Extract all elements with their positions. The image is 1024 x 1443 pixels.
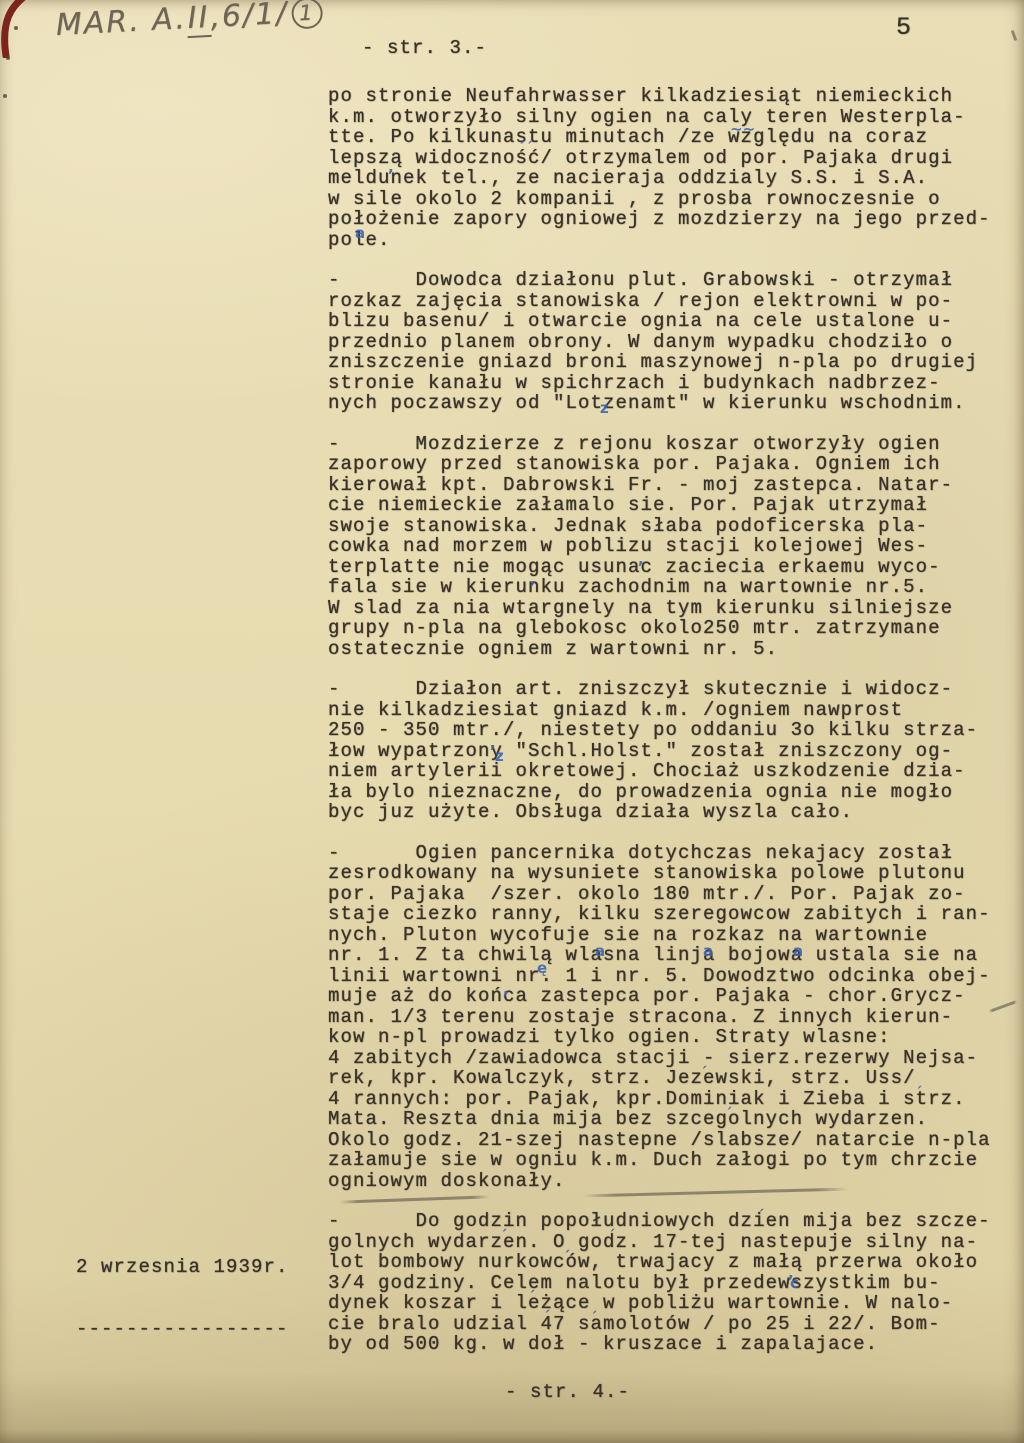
text-line: niem artylerii okretowej. Chociaż uszkod…	[328, 761, 1020, 782]
text-line: przednio planem obrony. W danym wypadku …	[328, 332, 1020, 353]
blue-ink-correction: ´	[543, 1310, 551, 1325]
paragraph: - Mozdzierze z rejonu koszar otworzyły o…	[328, 434, 1020, 660]
scan-speck	[6, 56, 10, 60]
text-line: cie niemieckie załamalo sie. Por. Pajak …	[328, 495, 1020, 516]
blue-ink-correction: ,	[530, 572, 536, 587]
blue-ink-correction: ´	[563, 1250, 571, 1265]
text-line: fala sie w kierunku zachodnim na wartown…	[328, 577, 1020, 598]
paragraph: - Do godzin popołudniowych dzien mija be…	[328, 1211, 1020, 1355]
blue-ink-correction: a	[703, 944, 713, 959]
blue-ink-correction: c	[790, 1276, 799, 1291]
text-line: golnych wydarzen. O godz. 17-tej nastepu…	[328, 1232, 1020, 1253]
blue-ink-correction: ´	[757, 1209, 765, 1224]
text-line: zesrodkowany na wysuniete stanowiska pol…	[328, 863, 1020, 884]
scan-speck	[14, 26, 18, 30]
text-line: rozkaz zajęcia stanowiska / rejon elektr…	[328, 291, 1020, 312]
text-line: położenie zapory ogniowej z mozdzierzy n…	[328, 209, 1020, 230]
text-line: lot bombowy nurkowców, trwajacy z małą p…	[328, 1252, 1020, 1273]
scan-speck	[3, 94, 7, 98]
blue-ink-correction: ,	[638, 552, 644, 567]
text-line: grupy n-pla na glebokosc okolo250 mtr. z…	[328, 618, 1020, 639]
red-pen-corner-mark	[0, 0, 46, 58]
text-line: załamuje sie w ogniu k.m. Duch załogi po…	[328, 1150, 1020, 1171]
text-line: by od 500 kg. w doł - kruszace i zapalaj…	[328, 1334, 1020, 1355]
text-line: Okolo godz. 21-szej nastepne /slabsze/ n…	[328, 1130, 1020, 1151]
archival-ref-middle: ,6/1/	[209, 0, 289, 35]
archival-ref-roman-numeral: II	[186, 0, 212, 38]
margin-date: 2 wrzesnia 1939r. -----------------	[76, 1216, 289, 1380]
text-line: man. 1/3 terenu zostaje stracona. Z inny…	[328, 1007, 1020, 1028]
blue-ink-correction: ´	[528, 1290, 536, 1305]
margin-date-underline: -----------------	[76, 1319, 289, 1340]
blue-ink-correction: ´	[725, 1107, 733, 1122]
blue-ink-correction: ´	[590, 1311, 598, 1326]
blue-ink-correction: z	[495, 749, 504, 764]
text-line: łow wypatrzony "Schl.Holst." został znis…	[328, 741, 1020, 762]
text-line: po stronie Neufahrwasser kilkadziesiąt n…	[328, 86, 1020, 107]
text-line: stronie kanału w spichrzach i budynkach …	[328, 373, 1020, 394]
paragraph: po stronie Neufahrwasser kilkadziesiąt n…	[328, 86, 1020, 250]
blue-ink-correction: ,	[503, 982, 509, 997]
blue-ink-correction: ę	[537, 961, 547, 976]
paragraph: - Dowodca działonu plut. Grabowski - otr…	[328, 270, 1020, 414]
text-line: blizu basenu/ i otwarcie ognia na cele u…	[328, 311, 1020, 332]
text-line: 250 - 350 mtr./, niestety po oddaniu 3o …	[328, 720, 1020, 741]
text-line: W slad za nia wtargnely na tym kierunku …	[328, 598, 1020, 619]
blue-ink-correction: ´	[500, 1229, 508, 1244]
page-number: 5	[896, 18, 912, 39]
blue-ink-correction: ∼∼	[730, 122, 755, 137]
footer-page-reference: - str. 4.-	[505, 1382, 630, 1403]
text-line: swoje stanowiska. Jednak słaba podoficer…	[328, 516, 1020, 537]
text-line: terplatte nie mogąc usunac zaciecia erka…	[328, 557, 1020, 578]
blue-ink-correction: a	[355, 226, 365, 241]
blue-ink-correction: ´	[700, 1066, 708, 1081]
paragraph: - Działon art. zniszczył skutecznie i wi…	[328, 679, 1020, 823]
text-line: nr. 1. Z ta chwilą wlasna linja bojowa u…	[328, 945, 1020, 966]
text-line: Mata. Reszta dnia mija bez szcegolnych w…	[328, 1109, 1020, 1130]
text-line: linii wartowni nr. 1 i nr. 5. Dowodztwo …	[328, 966, 1020, 987]
blue-ink-correction: a	[595, 944, 605, 959]
text-line: ogniowym doskonały.	[328, 1171, 1020, 1192]
text-line: muje aż do końca zastepca por. Pajaka - …	[328, 986, 1020, 1007]
text-line: 4 zabitych /zawiadowca stacji - sierz.re…	[328, 1048, 1020, 1069]
text-line: kow n-pl prowadzi tylko ogien. Straty wl…	[328, 1027, 1020, 1048]
text-line: dynek koszar i leżące w pobliżu wartowni…	[328, 1293, 1020, 1314]
text-line: zaporowy przed stanowiska por. Pajaka. O…	[328, 454, 1020, 475]
blue-ink-correction: a	[793, 944, 803, 959]
text-line: cowka nad morzem w poblizu stacji kolejo…	[328, 536, 1020, 557]
text-line: - Dowodca działonu plut. Grabowski - otr…	[328, 270, 1020, 291]
text-line: w sile okolo 2 kompanii , z prosba rowno…	[328, 189, 1020, 210]
text-line: staje ciezko ranny, kilku szeregowcow za…	[328, 904, 1020, 925]
text-line: 3/4 godziny. Celem nalotu był przedewszy…	[328, 1273, 1020, 1294]
blue-ink-correction: ,	[388, 160, 394, 175]
text-line: ła bylo nieznaczne, do prowadzenia ognia…	[328, 782, 1020, 803]
blue-ink-correction: ´´	[518, 141, 533, 156]
text-line: - Działon art. zniszczył skutecznie i wi…	[328, 679, 1020, 700]
text-line: nych. Pluton wycofuje sie na rozkaz na w…	[328, 925, 1020, 946]
margin-date-text: 2 wrzesnia 1939r.	[76, 1257, 289, 1278]
text-line: k.m. otworzyło silny ogien na caly teren…	[328, 107, 1020, 128]
text-line: - Mozdzierze z rejonu koszar otworzyły o…	[328, 434, 1020, 455]
archival-reference-handwritten: MAR. A.II,6/1/1	[55, 0, 323, 43]
text-line: por. Pajaka /szer. okolo 180 mtr./. Por.…	[328, 884, 1020, 905]
document-body: po stronie Neufahrwasser kilkadziesiąt n…	[328, 86, 1020, 1375]
text-line: tte. Po kilkunastu minutach /ze względu …	[328, 127, 1020, 148]
text-line: nie kilkadziesiat gniazd k.m. /ogniem na…	[328, 700, 1020, 721]
text-line: nych poczawszy od "Lotzenamt" w kierunku…	[328, 393, 1020, 414]
text-line: zniszczenie gniazd broni maszynowej n-pl…	[328, 352, 1020, 373]
text-line: pole.	[328, 230, 1020, 251]
blue-ink-correction: ´	[915, 1086, 923, 1101]
text-line: - Ogien pancernika dotychczas nekajacy z…	[328, 843, 1020, 864]
archival-ref-circled-number: 1	[290, 0, 323, 30]
text-line: lepszą widoczność/ otrzymalem od por. Pa…	[328, 148, 1020, 169]
text-line: cie bralo udzial 47 samolotów / po 25 i …	[328, 1314, 1020, 1335]
text-line: - Do godzin popołudniowych dzien mija be…	[328, 1211, 1020, 1232]
text-line: ostatecznie ogniem z wartowni nr. 5.	[328, 639, 1020, 660]
text-line: byc juz użyte. Obsługa działa wyszla cał…	[328, 802, 1020, 823]
pencil-underline-stroke	[1011, 29, 1018, 41]
scanned-document-page: MAR. A.II,6/1/1 - str. 3.- 5 2 wrzesnia …	[0, 0, 1024, 1443]
paragraph: - Ogien pancernika dotychczas nekajacy z…	[328, 843, 1020, 1192]
archival-ref-prefix: MAR. A.	[55, 1, 188, 43]
blue-ink-correction: ´	[608, 1229, 616, 1244]
blue-ink-correction: z	[600, 401, 609, 416]
text-line: meldunek tel., ze nacieraja oddzialy S.S…	[328, 168, 1020, 189]
header-page-reference: - str. 3.-	[362, 38, 487, 59]
text-line: kierował kpt. Dabrowski Fr. - moj zastep…	[328, 475, 1020, 496]
